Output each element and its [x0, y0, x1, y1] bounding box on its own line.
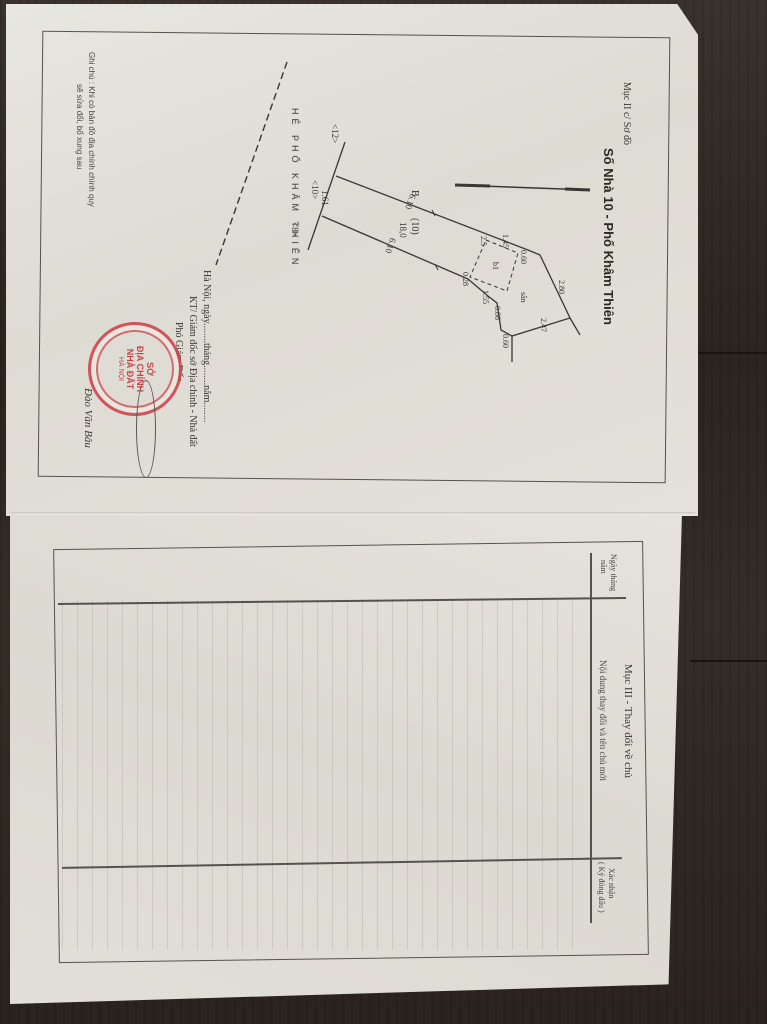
dimension-25: 2.5: [479, 236, 488, 246]
ruled-lines: [62, 600, 582, 950]
plank-seam: [690, 660, 767, 662]
frontage-dimension: 1.61: [320, 190, 330, 206]
north-arrow-head: [455, 185, 490, 186]
signature-place-date: Hà Nội, ngày........tháng........năm....…: [201, 270, 212, 422]
north-arrow-tail: [565, 189, 590, 190]
dimension-028: 0.28: [461, 272, 470, 286]
room-label: b1: [491, 262, 500, 270]
official-red-stamp: SỞ ĐỊA CHÍNH NHÀ ĐẤT HÀ NỘI: [88, 322, 182, 416]
plot-diagram: [0, 0, 767, 520]
handwritten-signature: [136, 380, 156, 478]
page-fold: [10, 512, 695, 515]
dimension-247: 2.47: [539, 318, 548, 332]
neighbor-8: <8>: [290, 222, 300, 237]
column-header-confirm: Xác nhận: [607, 868, 616, 898]
dimension-145: 1.45: [501, 234, 510, 248]
boundary-extension: [570, 318, 580, 335]
column-header-date: Ngày tháng: [609, 554, 618, 591]
dimension-086: 0.86: [493, 306, 502, 320]
footnote-line2: sẽ sửa đổi, bổ xung sau: [75, 84, 84, 169]
yard-label: sân: [519, 292, 528, 303]
header-divider: [590, 553, 592, 923]
street-boundary-dashed: [216, 62, 287, 265]
changes-section-title: Mục III - Thay đổi về chủ: [622, 664, 634, 778]
neighbor-10: <10>: [310, 180, 320, 199]
dimension-155: 1.55: [481, 290, 490, 304]
neighbor-12: <12>: [330, 124, 340, 143]
dimension-280: 2.80: [557, 280, 566, 294]
column-header-date-2: năm: [599, 560, 608, 574]
stamp-line: HÀ NỘI: [115, 346, 125, 392]
footnote-line1: Ghi chú : Khi có bản đồ địa chính chính …: [87, 52, 96, 207]
column-header-content: Nội dung thay đổi và tên chủ mới: [598, 660, 608, 781]
dimension-060-bottom: 0.60: [501, 334, 510, 348]
dimension-060-top: 0.60: [519, 250, 528, 264]
lot-number: (10): [409, 218, 420, 235]
street-label: HẺ PHỐ KHÂM THIÊN: [290, 108, 300, 268]
signatory-name: Đào Văn Bâu: [82, 388, 94, 448]
lot-area: 18,0: [398, 222, 408, 238]
column-header-confirm-2: ( Ký đóng dấu ): [597, 862, 606, 913]
stamp-line: NHÀ ĐẤT: [125, 346, 135, 392]
signature-role: KT/ Giám đốc sở Địa chính - Nhà đất: [187, 296, 198, 447]
